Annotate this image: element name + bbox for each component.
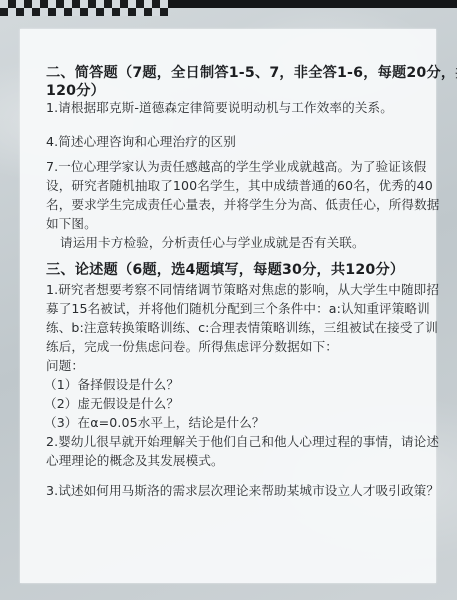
section3-question-2-line: 心理理论的概念及其发展模式。 [46, 451, 224, 470]
section3-question-1-sub-3: （3）在α=0.05水平上，结论是什么？ [44, 413, 265, 432]
section2-question-7-line: 名，要求学生完成责任心量表，并将学生分为高、低责任心，所得数据 [46, 195, 440, 214]
section2-question-7-line: 如下图。 [46, 214, 97, 233]
top-dark-bar [168, 0, 457, 8]
section3-question-1-prompt: 问题： [46, 356, 84, 375]
section3-question-1-line: 1.研究者想要考察不同情绪调节策略对焦虑的影响，从大学生中随即招 [46, 280, 439, 299]
exam-card: 二、简答题（7题，全日制答1-5、7，非全答1-6，每题20分，共 120分） … [20, 29, 436, 583]
section2-question-7-line: 7.一位心理学家认为责任感越高的学生学业成就越高。为了验证该假 [46, 157, 426, 176]
section3-question-1-sub-1: （1）备择假设是什么？ [44, 375, 179, 394]
section3-question-1-line: 练后，完成一份焦虑问卷。所得焦虑评分数据如下： [46, 337, 338, 356]
section2-question-1: 1.请根据耶克斯-道德森定律简要说明动机与工作效率的关系。 [46, 98, 393, 117]
section2-question-7-instruction: 请运用卡方检验，分析责任心与学业成就是否有关联。 [60, 233, 365, 252]
section3-question-3: 3.试述如何用马斯洛的需求层次理论来帮助某城市设立人才吸引政策？ [46, 481, 439, 500]
section3-question-1-line: 募了15名被试，并将他们随机分配到三个条件中：a:认知重评策略训 [46, 299, 430, 318]
section2-heading: 二、简答题（7题，全日制答1-5、7，非全答1-6，每题20分，共 [46, 64, 457, 83]
section2-question-4: 4.简述心理咨询和心理治疗的区别 [46, 132, 236, 151]
section3-heading: 三、论述题（6题，选4题填写，每题30分，共120分） [46, 261, 404, 280]
top-checker-decoration [0, 0, 168, 16]
section2-question-7-line: 设，研究者随机抽取了100名学生，其中成绩普通的60名，优秀的40 [46, 176, 433, 195]
section3-question-1-sub-2: （2）虚无假设是什么？ [44, 394, 179, 413]
section3-question-1-line: 练、b:注意转换策略训练、c:合理表情策略训练，三组被试在接受了训 [46, 318, 438, 337]
section3-question-2-line: 2.婴幼儿很早就开始理解关于他们自己和他人心理过程的事情，请论述 [46, 432, 439, 451]
